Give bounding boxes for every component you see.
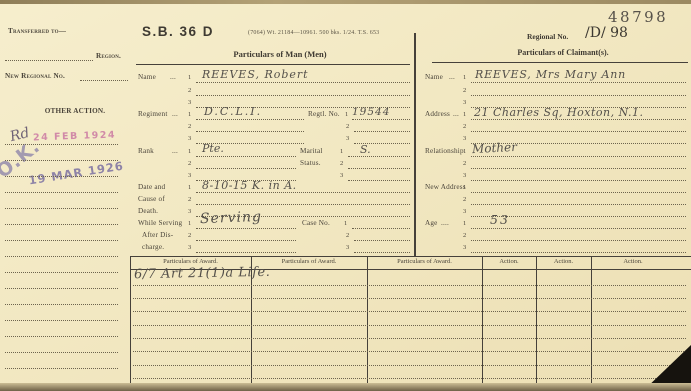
dotted-line	[348, 155, 410, 157]
dotted-line	[196, 251, 296, 253]
line-number: 1	[188, 111, 191, 118]
dotted-line	[196, 94, 410, 96]
line-number: 1	[340, 148, 343, 155]
dotted-line	[5, 175, 118, 177]
label-dots: ...	[172, 110, 178, 118]
dotted-line	[352, 118, 410, 120]
line-number: 3	[188, 99, 191, 106]
line-number: 1	[344, 220, 347, 227]
claimant-name-label: Name	[425, 73, 443, 81]
line-number: 2	[463, 232, 466, 239]
serving-label-line1: While Serving	[138, 219, 182, 227]
line-number: 3	[188, 172, 191, 179]
man-regiment-value: D.C.L.I.	[204, 105, 262, 118]
regtl-no-value: 19544	[352, 106, 390, 118]
dotted-line	[133, 377, 686, 379]
line-number: 2	[346, 123, 349, 130]
date-stamp-1924: 24 FEB 1924	[33, 130, 116, 144]
dotted-line	[196, 130, 304, 132]
dotted-line	[471, 239, 686, 241]
dotted-line	[5, 59, 93, 61]
death-label-line2: Cause of	[138, 195, 165, 203]
dotted-line	[5, 303, 118, 305]
death-label-line1: Date and	[138, 183, 165, 191]
action-header-2: Action.	[538, 258, 589, 265]
dotted-line	[5, 207, 118, 209]
line-number: 1	[188, 74, 191, 81]
dotted-line	[354, 251, 410, 253]
date-stamp-1926: 19 MAR 1926	[27, 159, 124, 188]
dotted-line	[471, 81, 686, 83]
dotted-line	[133, 284, 686, 286]
serving-label-line3: charge.	[142, 243, 164, 251]
scan-top-edge	[0, 0, 691, 4]
claimant-section-title: Particulars of Claimant(s).	[468, 48, 658, 57]
dotted-line	[5, 367, 118, 369]
dotted-line	[5, 223, 118, 225]
man-section-title: Particulars of Man (Men)	[190, 49, 370, 59]
dotted-line	[133, 364, 686, 366]
dotted-line	[471, 130, 686, 132]
line-number: 2	[188, 87, 191, 94]
line-number: 1	[345, 111, 348, 118]
dotted-line	[5, 271, 118, 273]
dotted-line	[196, 155, 296, 157]
dotted-line	[354, 130, 410, 132]
form-number: S.B. 36 D	[142, 24, 214, 39]
death-label-line3: Death.	[138, 207, 158, 215]
line-number: 3	[463, 244, 466, 251]
dotted-line	[5, 335, 118, 337]
man-rank-value: Pte.	[202, 142, 224, 155]
action-header-3: Action.	[593, 258, 673, 265]
dotted-line	[471, 179, 686, 181]
label-dots: ...	[172, 147, 178, 155]
regtl-no-label: Regtl. No.	[308, 110, 340, 118]
relationship-value: Mother	[472, 140, 518, 156]
line-number: 2	[188, 232, 191, 239]
award-entry-value: 6/7 Art 21(1)a Life.	[134, 265, 271, 282]
line-number: 1	[188, 184, 191, 191]
line-number: 1	[188, 220, 191, 227]
dotted-line	[5, 287, 118, 289]
line-number: 3	[188, 244, 191, 251]
line-number: 2	[188, 123, 191, 130]
dotted-line	[348, 167, 410, 169]
line-number: 2	[463, 160, 466, 167]
claimant-name-value: REEVES, Mrs Mary Ann	[475, 68, 626, 81]
dotted-line	[471, 167, 686, 169]
label-dots: ...	[453, 110, 459, 118]
dotted-line	[196, 203, 410, 205]
claimant-address-label: Address	[425, 110, 450, 118]
dotted-line	[196, 167, 296, 169]
line-number: 3	[463, 208, 466, 215]
regional-no-value: /D/ 98	[585, 25, 628, 41]
dotted-line	[5, 255, 118, 257]
serving-value: Serving	[200, 209, 262, 227]
dotted-line	[5, 191, 118, 193]
dotted-line	[471, 251, 686, 253]
scan-bottom-edge	[0, 383, 691, 391]
dotted-line	[5, 319, 118, 321]
line-number: 1	[463, 74, 466, 81]
dotted-line	[133, 310, 686, 312]
transferred-to-label: Transferred to—	[8, 27, 66, 35]
dotted-line	[354, 239, 410, 241]
print-code: (7064) Wt. 21184—10961. 500 bks. 1/24. T…	[248, 30, 379, 36]
new-regional-no-label: New Regional No.	[5, 72, 65, 80]
line-number: 2	[463, 87, 466, 94]
table-vline	[130, 256, 131, 383]
dotted-line	[471, 191, 686, 193]
line-number: 1	[463, 184, 466, 191]
man-name-label: Name	[138, 73, 156, 81]
line-number: 1	[463, 148, 466, 155]
marital-status-label-bottom: Status.	[300, 159, 321, 167]
table-top-border	[130, 256, 691, 257]
claimant-address-value: 21 Charles Sq, Hoxton, N.1.	[474, 106, 644, 119]
case-no-label: Case No.	[302, 219, 330, 227]
line-number: 3	[463, 99, 466, 106]
region-label: Region.	[96, 52, 121, 60]
dotted-line	[196, 227, 296, 229]
line-number: 3	[188, 208, 191, 215]
dotted-line	[471, 227, 686, 229]
dotted-line	[5, 143, 118, 145]
dotted-line	[471, 155, 686, 157]
label-dots: ....	[441, 219, 449, 227]
section-divider	[414, 33, 416, 256]
line-number: 2	[188, 160, 191, 167]
label-dots: ...	[170, 73, 176, 81]
line-number: 3	[463, 172, 466, 179]
line-number: 2	[463, 123, 466, 130]
dotted-line	[196, 81, 410, 83]
award-header-3: Particulars of Award.	[369, 258, 480, 265]
death-date-value: 8-10-15 K. in A.	[202, 179, 297, 192]
dotted-line	[5, 351, 118, 353]
action-header-1: Action.	[484, 258, 534, 265]
dotted-line	[348, 179, 410, 181]
other-action-label: OTHER ACTION.	[20, 107, 130, 115]
serial-number-stamp: 48798	[608, 8, 668, 26]
label-dots: ...	[449, 73, 455, 81]
line-number: 1	[188, 148, 191, 155]
line-number: 2	[463, 196, 466, 203]
dotted-line	[471, 94, 686, 96]
line-number: 3	[463, 135, 466, 142]
line-number: 3	[346, 244, 349, 251]
dotted-line	[5, 159, 118, 161]
dotted-line	[133, 297, 686, 299]
man-rank-label: Rank	[138, 147, 154, 155]
relationship-label: Relationship	[425, 147, 464, 155]
line-number: 2	[340, 160, 343, 167]
dotted-line	[352, 227, 410, 229]
rule	[136, 64, 410, 65]
man-regiment-label: Regiment	[138, 110, 168, 118]
age-label: Age	[425, 219, 438, 227]
line-number: 2	[346, 232, 349, 239]
record-card: Transferred to— Region. New Regional No.…	[0, 0, 691, 391]
line-number: 1	[463, 220, 466, 227]
marital-status-label-top: Marital	[300, 147, 323, 155]
dotted-line	[133, 324, 686, 326]
line-number: 3	[188, 135, 191, 142]
new-address-label: New Address	[425, 183, 466, 191]
dotted-line	[196, 239, 296, 241]
dotted-line	[471, 203, 686, 205]
line-number: 1	[463, 111, 466, 118]
dotted-line	[80, 79, 128, 81]
dotted-line	[133, 337, 686, 339]
rule	[432, 62, 688, 63]
man-name-value: REEVES, Robert	[202, 68, 309, 81]
line-number: 3	[340, 172, 343, 179]
marital-status-value: S.	[360, 143, 371, 156]
award-header-1: Particulars of Award.	[132, 258, 249, 265]
regional-no-label: Regional No.	[527, 32, 568, 41]
line-number: 2	[188, 196, 191, 203]
dotted-line	[133, 350, 686, 352]
dotted-line	[5, 239, 118, 241]
dotted-line	[196, 118, 304, 120]
line-number: 3	[346, 135, 349, 142]
age-value: 53	[490, 212, 510, 227]
serving-label-line2: After Dis-	[142, 231, 173, 239]
